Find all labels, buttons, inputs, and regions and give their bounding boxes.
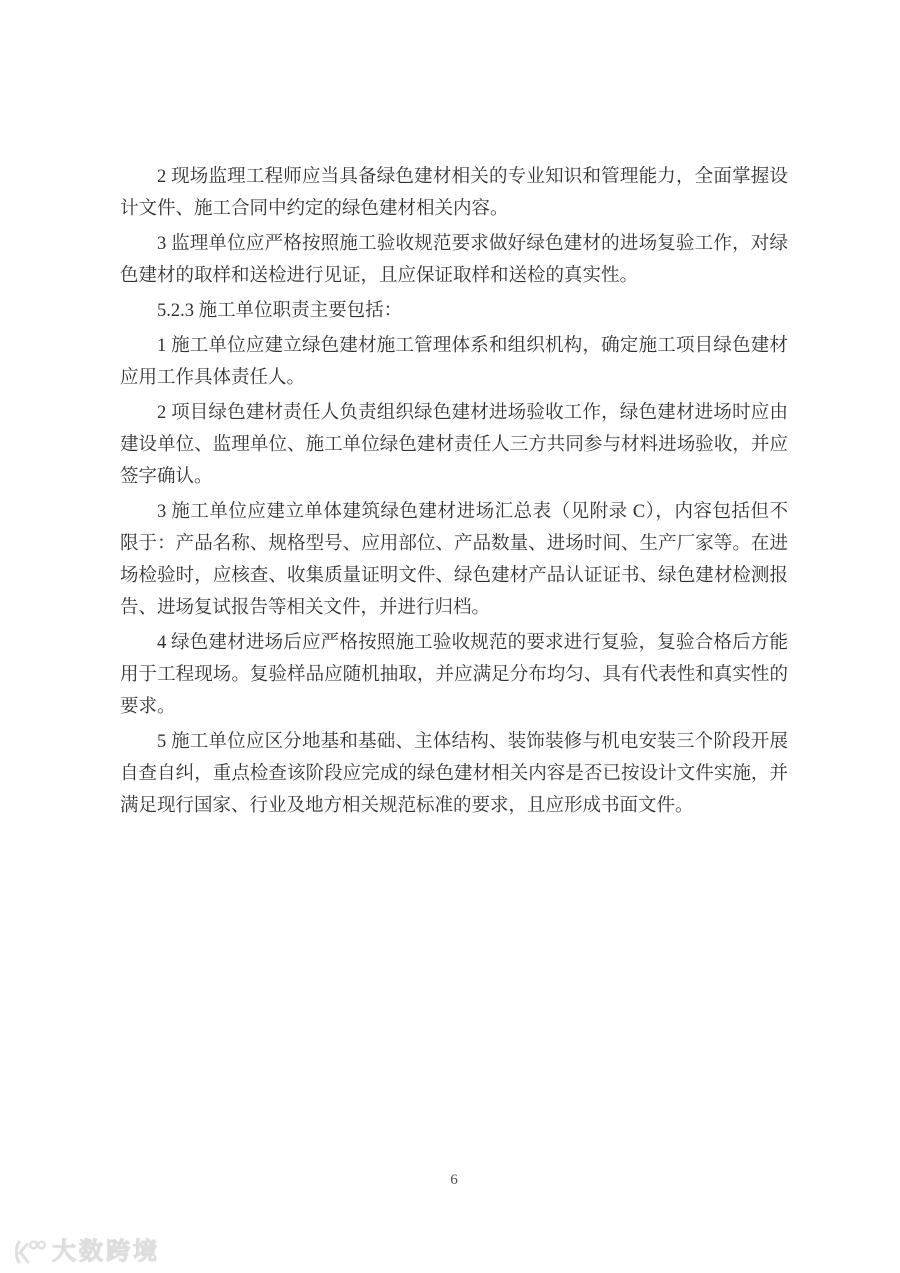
paragraph: 2 现场监理工程师应当具备绿色建材相关的专业知识和管理能力，全面掌握设计文件、施…	[120, 161, 788, 225]
paragraph: 1 施工单位应建立绿色建材施工管理体系和组织机构，确定施工项目绿色建材应用工作具…	[120, 330, 788, 394]
document-body: 2 现场监理工程师应当具备绿色建材相关的专业知识和管理能力，全面掌握设计文件、施…	[120, 161, 788, 825]
dashu-kuajing-logo-icon	[10, 1237, 46, 1267]
watermark-text: 大数跨境	[52, 1236, 160, 1268]
page-number: 6	[120, 1172, 788, 1189]
paragraph: 5.2.3 施工单位职责主要包括：	[120, 295, 788, 327]
paragraph: 3 监理单位应严格按照施工验收规范要求做好绿色建材的进场复验工作，对绿色建材的取…	[120, 228, 788, 292]
watermark: 大数跨境	[10, 1236, 160, 1268]
paragraph: 5 施工单位应区分地基和基础、主体结构、装饰装修与机电安装三个阶段开展自查自纠，…	[120, 726, 788, 822]
paragraph: 4 绿色建材进场后应严格按照施工验收规范的要求进行复验，复验合格后方能用于工程现…	[120, 627, 788, 723]
paragraph: 2 项目绿色建材责任人负责组织绿色建材进场验收工作，绿色建材进场时应由建设单位、…	[120, 397, 788, 493]
paragraph: 3 施工单位应建立单体建筑绿色建材进场汇总表（见附录 C），内容包括但不限于：产…	[120, 496, 788, 624]
document-page: 2 现场监理工程师应当具备绿色建材相关的专业知识和管理能力，全面掌握设计文件、施…	[0, 0, 900, 1273]
